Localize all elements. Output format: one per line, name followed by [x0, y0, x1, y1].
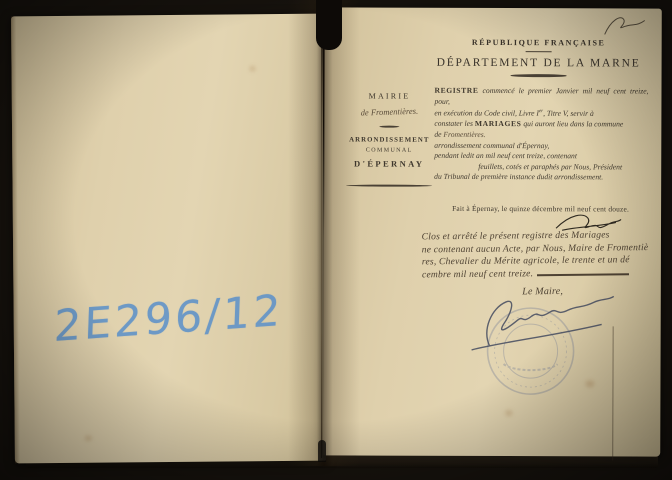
loose-sheet-edge: [612, 326, 613, 460]
register-line-3a: constater les: [434, 119, 475, 128]
foxing-spot: [250, 66, 256, 71]
register-line-6: pendant ledit an mil neuf cent treize, c…: [434, 151, 648, 162]
register-line-2: en exécution du Code civil, Livre Ier, T…: [434, 107, 648, 120]
mairie-label: MAIRIE: [338, 91, 440, 100]
register-line-1: REGISTRE commencé le premier Janvier mil…: [434, 86, 648, 108]
arrondissement-label: ARRONDISSEMENT: [338, 136, 440, 143]
header-rule: [526, 51, 552, 52]
register-line-5: arrondissement communal d'Épernay,: [434, 140, 648, 151]
epernay-label: D'ÉPERNAY: [338, 158, 440, 168]
register-line-3b: qui auront lieu dans la commune: [521, 119, 623, 128]
president-paraph-icon: [601, 10, 651, 40]
communal-label: COMMUNAL: [338, 147, 440, 153]
mairie-column: MAIRIE de Fromentières. ARRONDISSEMENT C…: [338, 91, 440, 186]
right-page: RÉPUBLIQUE FRANÇAISE DÉPARTEMENT DE LA M…: [323, 7, 662, 456]
closure-line-3: res, Chevalier du Mérite agricole, le tr…: [422, 254, 658, 269]
republic-title: RÉPUBLIQUE FRANÇAISE: [425, 38, 653, 48]
register-line-2a: en exécution du Code civil, Livre I: [434, 109, 539, 118]
closure-line-4-wrap: cembre mil neuf cent treize.: [422, 267, 658, 282]
register-line-4-printed: de: [434, 130, 443, 139]
binding-notch-bottom: [318, 440, 326, 462]
register-line-7-text: feuillets, cotés et paraphés par Nous, P…: [478, 162, 622, 172]
mairie-divider: [379, 126, 399, 128]
foxing-spot: [585, 380, 594, 387]
register-line-3: constater les MARIAGES qui auront lieu d…: [434, 119, 648, 130]
mairie-ornament-rule: [346, 184, 432, 186]
department-ornament-rule: [511, 74, 567, 77]
foxing-spot: [85, 436, 92, 441]
closure-line-4: cembre mil neuf cent treize.: [422, 268, 533, 282]
closure-fill-rule: [537, 274, 629, 276]
binding-notch-top: [316, 0, 342, 50]
register-line-8: du Tribunal de première instance dudit a…: [434, 172, 648, 183]
document-header: RÉPUBLIQUE FRANÇAISE DÉPARTEMENT DE LA M…: [425, 38, 653, 77]
right-page-content: RÉPUBLIQUE FRANÇAISE DÉPARTEMENT DE LA M…: [323, 7, 662, 456]
register-line-7: feuillets, cotés et paraphés par Nous, P…: [434, 161, 648, 172]
commune-fillin-handwritten: Fromentières.: [443, 130, 485, 139]
binding-stitch: [321, 38, 322, 458]
register-line-4: de Fromentières.: [434, 130, 648, 141]
commune-handwritten: de Fromentières.: [338, 105, 440, 118]
foxing-spot: [505, 410, 512, 416]
register-line-2b: , Titre V, servir à: [543, 109, 594, 118]
registre-word: REGISTRE: [434, 86, 478, 95]
mayor-signature-icon: [462, 290, 622, 361]
left-page: 2E296/12: [11, 14, 326, 464]
department-title: DÉPARTEMENT DE LA MARNE: [425, 57, 653, 70]
archive-reference-handwriting: 2E296/12: [53, 284, 314, 352]
register-paragraph: REGISTRE commencé le premier Janvier mil…: [434, 86, 648, 184]
mariages-word: MARIAGES: [475, 119, 522, 128]
